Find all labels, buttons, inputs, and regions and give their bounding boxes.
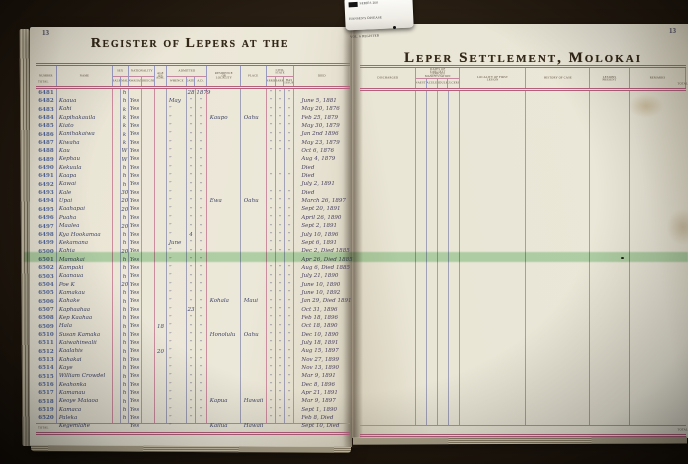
ledger-row: 6493Upai30Yes”””EwaOahu”””March 26, 1897 [36, 189, 350, 197]
ledger-row [360, 250, 686, 258]
ledger-row [360, 141, 686, 149]
ledger-row [360, 416, 686, 424]
photograph-of-ledger: 13 13 Register of Lepers at the Leper Se… [0, 0, 688, 464]
ledger-row: 6484KiatokYes””””””May 30, 1879 [36, 114, 350, 122]
tag-line-3: VOL. 6 REGISTER [350, 34, 379, 39]
ledger-row: 6501KampakihYes”””Aug 6, Died 1885 [36, 256, 350, 264]
ledger-row [360, 174, 686, 182]
ledger-row: 6491KawaihYes””””””July 2, 1891 [36, 172, 350, 180]
column-header: AdmittedWhenceDateA.D. [167, 66, 207, 86]
ledger-row: 6502KaanauahYes””””””July 21, 1890 [36, 264, 350, 272]
ledger-row [360, 358, 686, 366]
archive-tag: SERIES 260 HANSEN'S DISEASE VOL. 6 REGIS… [344, 0, 413, 30]
total-label: Total [677, 428, 688, 431]
ledger-row [360, 225, 686, 233]
ledger-row [360, 199, 686, 207]
ledger-row: 6509Susan KamakahYes18”””HonoluluOahu”””… [36, 323, 350, 331]
ledger-row: 6495Puaha20Yes””””””April 26, 1890 [36, 206, 350, 214]
ledger-row [360, 333, 686, 341]
ledger-row: 6499KahiahYes””””””Dec 2, Died 1885 [36, 239, 350, 247]
ledger-row [360, 266, 686, 274]
ledger-row: 6511KaalahishYes””””””Aug 15, 1897 [36, 339, 350, 347]
ledger-row: 6487KaukYes””””””Oct 6, 1876 [36, 139, 350, 147]
ledger-row: 6481KaauahYesMay281879”””June 5, 1881 [36, 89, 350, 97]
ledger-row: 6515KeahonkahYes””””””Dec 8, 1896 [36, 373, 350, 381]
ledger-row [360, 300, 686, 308]
ledger-row [360, 275, 686, 283]
ledger-row: 6517Keoye MaiaoahYes”””KapuaHawaii”””Mar… [36, 389, 350, 397]
left-page-title: Register of Lepers at the [62, 36, 318, 52]
ledger-row: 6503Poe KhYes””””””June 10, 1890 [36, 273, 350, 281]
column-header: Residence or Locality [207, 66, 241, 86]
ledger-row [360, 408, 686, 416]
page-edge-bottom-left [31, 445, 351, 453]
ledger-row [360, 241, 686, 249]
ledger-row: 6505KahakehYes”””KohalaMaui”””Jan 29, Di… [36, 289, 350, 297]
tag-dot [393, 26, 396, 29]
ledger-row [360, 233, 686, 241]
register-table-left: NumberNameSexMaleFemaleNationalityHawaii… [36, 63, 350, 435]
ledger-row: 6519PalekahYes””””””Feb 8, Died [36, 406, 350, 414]
ledger-row [360, 166, 686, 174]
column-header: Dates of Earliest Leprous ManifestationA… [416, 68, 460, 88]
total-label: Total [38, 426, 49, 429]
ledger-row: 6516KamanauhYes””””””Apr 21, 1891 [36, 381, 350, 389]
left-page-number: 13 [42, 29, 49, 37]
tag-line-1: SERIES 260 [360, 1, 379, 5]
ledger-row: 6486KiwahakYes””””””May 23, 1879 [36, 131, 350, 139]
ink-spot [621, 257, 624, 259]
ledger-row [360, 208, 686, 216]
ledger-row [360, 258, 686, 266]
ledger-row: 6488KephauWYes””””””Aug 4, 1879 [36, 147, 350, 155]
total-row: Total [36, 424, 350, 435]
ledger-row [360, 375, 686, 383]
table-body: 6481KaauahYesMay281879”””June 5, 1881648… [36, 89, 350, 424]
tag-line-2: HANSEN'S DISEASE [349, 16, 382, 21]
ledger-row [360, 400, 686, 408]
ledger-row [360, 191, 686, 199]
ledger-row: 6497Kya Hookamaa20Yes””””””July 10, 1896 [36, 223, 350, 231]
ledger-row: 6483KapihakauilakYes”””KaupoOahu”””Feb 2… [36, 106, 350, 114]
ledger-row: 6504Kamakau20Yes””””””June 10, 1892 [36, 281, 350, 289]
column-header: Lesions Present [590, 68, 630, 88]
ledger-row: 6485KanihakaiwakYes””””””Jan 2nd 1896 [36, 122, 350, 130]
column-header: Age on Adm. [155, 66, 167, 86]
register-table-right: DischargedDates of Earliest Leprous Mani… [360, 65, 686, 437]
ledger-row [360, 341, 686, 349]
ledger-row: 6496MaaleahYes””””””Sept 2, 1891 [36, 214, 350, 222]
column-header: Died [294, 66, 350, 86]
ledger-row: 6500Mamakai20Yes””””””Apr 26, Died 1885 [36, 248, 350, 256]
ledger-row: 6514William CrowdelhYes””””””Mar 9, 1891 [36, 364, 350, 372]
column-header: SexMaleFemale [113, 66, 129, 86]
column-header: NationalityHawaiianForeigner [129, 66, 155, 86]
ledger-row: 6494Kaahapai20Yes””””””Sept 20, 1891 [36, 197, 350, 205]
table-header: NumberNameSexMaleFemaleNationalityHawaii… [36, 63, 350, 89]
paper-stain [628, 94, 664, 118]
column-header: Locality of First Lesion [460, 68, 526, 88]
ledger-row: 6489KekuulaWYes”””Died [36, 156, 350, 164]
ledger-row: 6518KamacahYes””””””Sept 1, 1890 [36, 398, 350, 406]
total-label: Total [38, 81, 49, 84]
total-row: Total [360, 426, 686, 437]
right-page-number: 13 [669, 27, 676, 35]
column-header: Civil StateMarriedUnmarriedHas Issue [267, 66, 294, 86]
ledger-row: 6506KaphaahaahYes””””””Oct 31, 1896 [36, 298, 350, 306]
column-header: Discharged [360, 68, 416, 88]
ledger-row: 6482KahihYes””””””May 20, 1876 [36, 97, 350, 105]
ledger-row: 6498KekamanahYesJune4””””Sept 6, 1891 [36, 231, 350, 239]
table-body [360, 91, 686, 426]
ledger-row [360, 383, 686, 391]
ledger-row: 6492KalehYes”””Died [36, 181, 350, 189]
ledger-row [360, 216, 686, 224]
ledger-row [360, 316, 686, 324]
ledger-row [360, 308, 686, 316]
ledger-row [360, 124, 686, 132]
page-edge-bottom-right [353, 436, 687, 444]
ledger-row: 6507Kep KaahaahYes”23””””Feb 18, 1896 [36, 306, 350, 314]
ledger-row [360, 391, 686, 399]
column-header: History of Case [526, 68, 590, 88]
ledger-row: 6510KaiwahinealiihYes””””””July 18, 1891 [36, 331, 350, 339]
ledger-row [360, 116, 686, 124]
ledger-row [360, 366, 686, 374]
column-header: Place [241, 66, 267, 86]
ledger-row [360, 291, 686, 299]
ledger-row: 6512KahakaihYes20””””””Nov 27, 1899 [36, 348, 350, 356]
ledger-row: 6490KaapahYes”””Died [36, 164, 350, 172]
ledger-row [360, 283, 686, 291]
ledger-row [360, 350, 686, 358]
column-header: Name [57, 66, 113, 86]
ledger-row: 6513KayehYes””””””Nov 13, 1890 [36, 356, 350, 364]
ledger-row [360, 183, 686, 191]
ledger-row: 6508HalahYes””””””Oct 18, 1890 [36, 314, 350, 322]
ledger-row [360, 149, 686, 157]
ledger-row [360, 133, 686, 141]
ledger-row [360, 325, 686, 333]
ledger-row [360, 158, 686, 166]
total-label: Total [677, 83, 688, 86]
table-header: DischargedDates of Earliest Leprous Mani… [360, 65, 686, 91]
ledger-row: 6520KegemlahehYes”””KailuaHawaii”””Sept … [36, 414, 350, 422]
